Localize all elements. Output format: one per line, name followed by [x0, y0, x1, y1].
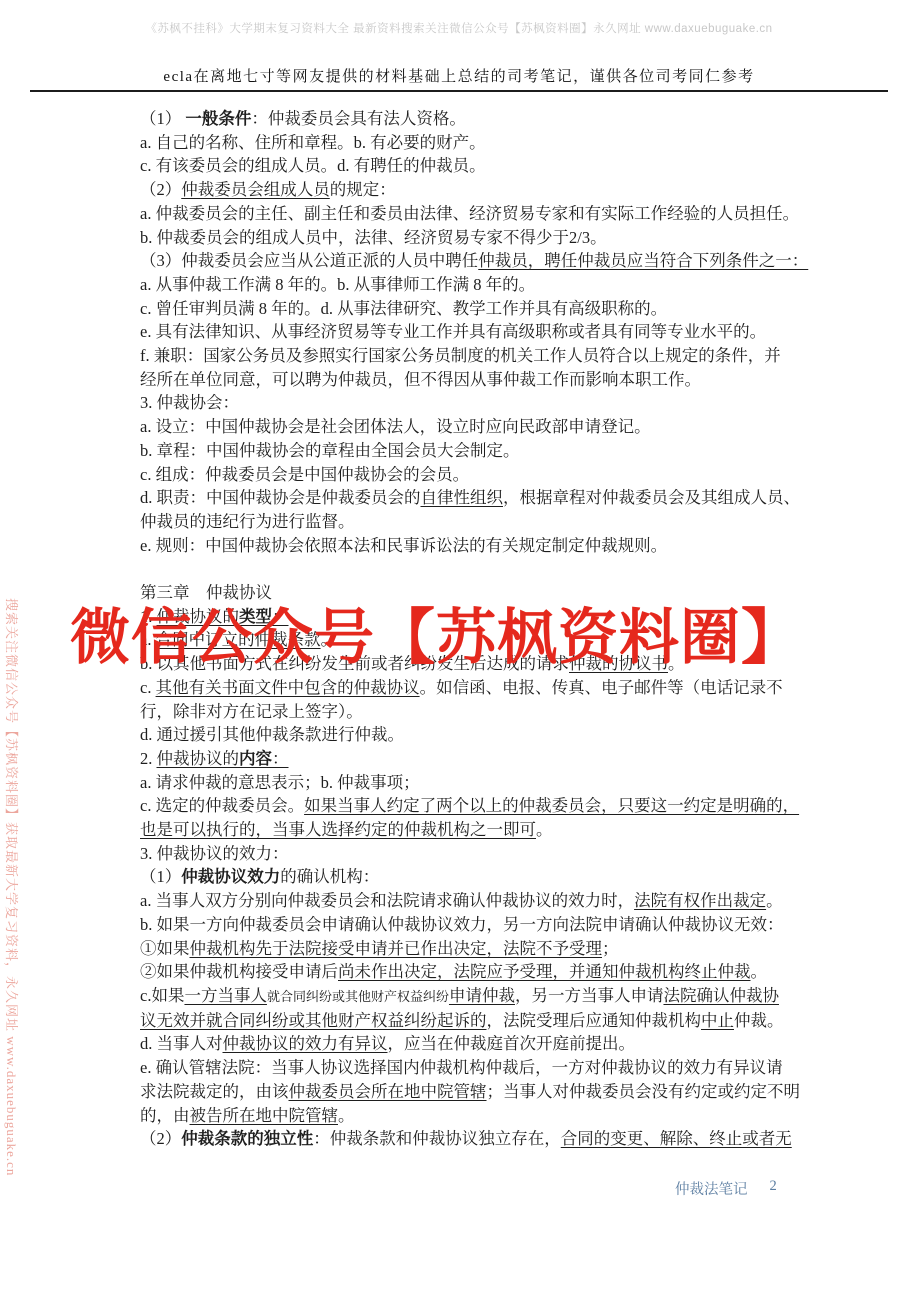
text-segment: d. 职责：中国仲裁协会是仲裁委员会的 [140, 488, 421, 507]
text-segment: （1） [140, 109, 185, 128]
text-segment: ；当事人对仲裁委员会没有约定或约定不明 [487, 1082, 801, 1101]
text-segment: c.如果 [140, 986, 184, 1005]
text-segment: 2. [140, 749, 157, 768]
text-segment: ：仲裁委员会具有法人资格。 [251, 109, 466, 128]
footer-doc-title: 仲裁法笔记 [675, 1178, 748, 1199]
text-segment: 就合同纠纷或其他财产权益纠纷 [267, 989, 449, 1004]
text-segment: 一般条件 [185, 109, 251, 128]
text-segment: 中止 [701, 1011, 734, 1030]
text-segment: 法院有权作出裁定 [634, 891, 766, 910]
text-segment: 仲裁协议的效力有异议 [223, 1034, 388, 1053]
text-segment: 经所在单位同意，可以聘为仲裁员，但不得因从事仲裁工作而影响本职工作。 [140, 370, 701, 389]
text-segment: 的，由 [140, 1106, 190, 1125]
text-segment: 一方当事人 [184, 986, 267, 1005]
page-footer: 仲裁法笔记 2 [675, 1178, 777, 1199]
text-line: 3. 仲裁协议的效力： [140, 842, 788, 866]
text-segment: c. [140, 678, 156, 697]
text-segment: e. 具有法律知识、从事经济贸易等专业工作并具有高级职称或者具有同等专业水平的。 [140, 322, 766, 341]
text-segment: 3. 仲裁协会： [140, 393, 239, 412]
text-line: 求法院裁定的，由该仲裁委员会所在地中院管辖；当事人对仲裁委员会没有约定或约定不明 [140, 1080, 788, 1104]
text-segment: 仲裁员，聘任仲裁员应当符合下列条件之一： [478, 251, 808, 270]
header-promo-note: 《苏枫不挂科》大学期末复习资料大全 最新资料搜索关注微信公众号【苏枫资料圈】永久… [0, 20, 918, 36]
text-segment: 的确认机构： [280, 867, 379, 886]
text-line: （2）仲裁条款的独立性：仲裁条款和仲裁协议独立存在，合同的变更、解除、终止或者无 [140, 1127, 788, 1151]
text-segment: 的规定： [330, 180, 396, 199]
text-segment: 。 [766, 891, 783, 910]
text-line: （1） 一般条件：仲裁委员会具有法人资格。 [140, 107, 788, 131]
side-vertical-note: 搜索关注微信公众号【苏枫资料圈】获取最新大学复习资料，永久网址 www.daxu… [3, 598, 22, 1176]
text-line: e. 确认管辖法院：当事人协议选择国内仲裁机构仲裁后，一方对仲裁协议的效力有异议… [140, 1056, 788, 1080]
text-segment: d. 当事人对 [140, 1034, 223, 1053]
text-line: 仲裁员的违纪行为进行监督。 [140, 510, 788, 534]
text-segment: b. 如果一方向仲裁委员会申请确认仲裁协议效力，另一方向法院申请确认仲裁协议无效… [140, 915, 784, 934]
text-line: b. 章程：中国仲裁协会的章程由全国会员大会制定。 [140, 439, 788, 463]
text-segment: 仲裁机构先于法院接受申请并已作出决定，法院不予受理 [190, 939, 603, 958]
text-line: ①如果仲裁机构先于法院接受申请并已作出决定，法院不予受理； [140, 937, 788, 961]
text-segment: ： [272, 749, 289, 768]
text-segment: （1） [140, 867, 181, 886]
text-segment: a. 从事仲裁工作满 8 年的。b. 从事律师工作满 8 年的。 [140, 275, 535, 294]
text-segment: ； [602, 939, 619, 958]
text-segment: 行，除非对方在记录上签字）。 [140, 702, 363, 721]
text-segment: 求法院裁定的，由该 [140, 1082, 289, 1101]
text-line: b. 仲裁委员会的组成人员中，法律、经济贸易专家不得少于2/3。 [140, 226, 788, 250]
text-line: c. 组成：仲裁委员会是中国仲裁协会的会员。 [140, 463, 788, 487]
text-line: 议无效并就合同纠纷或其他财产权益纠纷起诉的，法院受理后应通知仲裁机构中止仲裁。 [140, 1009, 788, 1033]
text-line: 2. 仲裁协议的内容： [140, 747, 788, 771]
text-segment: 内容 [239, 749, 272, 768]
text-line: a. 仲裁委员会的主任、副主任和委员由法律、经济贸易专家和有实际工作经验的人员担… [140, 202, 788, 226]
text-segment: ，法院受理后应通知仲裁机构 [487, 1011, 702, 1030]
text-segment: 仲裁员的违纪行为进行监督。 [140, 512, 355, 531]
text-line: a. 当事人双方分别向仲裁委员会和法院请求确认仲裁协议的效力时，法院有权作出裁定… [140, 889, 788, 913]
text-segment: ，应当在仲裁庭首次开庭前提出。 [388, 1034, 636, 1053]
text-segment: 也是可以执行的，当事人选择约定的仲裁机构之一即可 [140, 820, 536, 839]
text-segment: 如果当事人约定了两个以上的仲裁委员会，只要这一约定是明确的， [304, 796, 799, 815]
text-line: c. 其他有关书面文件中包含的仲裁协议。如信函、电报、传真、电子邮件等（电话记录… [140, 676, 788, 700]
text-segment: 。 [751, 962, 768, 981]
text-line: a. 从事仲裁工作满 8 年的。b. 从事律师工作满 8 年的。 [140, 273, 788, 297]
text-segment: （2） [140, 180, 181, 199]
text-segment: b. 仲裁委员会的组成人员中，法律、经济贸易专家不得少于2/3。 [140, 228, 607, 247]
watermark-text: 微信公众号【苏枫资料圈】 [70, 590, 802, 676]
text-segment: b. 章程：中国仲裁协会的章程由全国会员大会制定。 [140, 441, 520, 460]
text-line: 的，由被告所在地中院管辖。 [140, 1104, 788, 1128]
text-line: 3. 仲裁协会： [140, 391, 788, 415]
text-segment: 仲裁。 [734, 1011, 784, 1030]
text-segment: 。 [338, 1106, 355, 1125]
text-segment: 仲裁条款的独立性 [181, 1129, 313, 1148]
text-segment: （2） [140, 1129, 181, 1148]
document-subtitle: ecla在离地七寸等网友提供的材料基础上总结的司考笔记，谨供各位司考同仁参考 [163, 65, 754, 86]
text-segment: 申请仲裁 [449, 986, 515, 1005]
text-line: 经所在单位同意，可以聘为仲裁员，但不得因从事仲裁工作而影响本职工作。 [140, 368, 788, 392]
text-line: c. 有该委员会的组成人员。d. 有聘任的仲裁员。 [140, 154, 788, 178]
text-segment: 仲裁委员会组成人员 [181, 180, 330, 199]
text-segment: 仲裁协议的 [157, 749, 240, 768]
text-line: e. 具有法律知识、从事经济贸易等专业工作并具有高级职称或者具有同等专业水平的。 [140, 320, 788, 344]
text-line: 行，除非对方在记录上签字）。 [140, 700, 788, 724]
text-line: a. 自己的名称、住所和章程。b. 有必要的财产。 [140, 131, 788, 155]
text-segment: ①如果 [140, 939, 190, 958]
text-segment: a. 自己的名称、住所和章程。b. 有必要的财产。 [140, 133, 486, 152]
text-segment: ：仲裁条款和仲裁协议独立存在， [313, 1129, 561, 1148]
text-line: c.如果一方当事人就合同纠纷或其他财产权益纠纷申请仲裁，另一方当事人申请法院确认… [140, 984, 788, 1009]
text-segment: 仲裁协议效力 [181, 867, 280, 886]
text-segment: c. 选定的仲裁委员会。 [140, 796, 304, 815]
text-segment: c. 组成：仲裁委员会是中国仲裁协会的会员。 [140, 465, 469, 484]
text-segment: 自律性组织 [421, 488, 504, 507]
text-line: ②如果仲裁机构接受申请后尚未作出决定，法院应予受理，并通知仲裁机构终止仲裁。 [140, 960, 788, 984]
text-segment: a. 仲裁委员会的主任、副主任和委员由法律、经济贸易专家和有实际工作经验的人员担… [140, 204, 799, 223]
text-line: c. 曾任审判员满 8 年的。d. 从事法律研究、教学工作并具有高级职称的。 [140, 297, 788, 321]
text-segment: 。如信函、电报、传真、电子邮件等（电话记录不 [420, 678, 783, 697]
text-line: （1）仲裁协议效力的确认机构： [140, 865, 788, 889]
text-segment: 。 [536, 820, 553, 839]
text-segment: 仲裁委员会所在地中院管辖 [289, 1082, 487, 1101]
text-segment: 其他有关书面文件中包含的仲裁协议 [156, 678, 420, 697]
text-segment: 法院确认仲裁协 [663, 986, 779, 1005]
text-line: a. 设立：中国仲裁协会是社会团体法人，设立时应向民政部申请登记。 [140, 415, 788, 439]
subtitle-rule: ecla在离地七寸等网友提供的材料基础上总结的司考笔记，谨供各位司考同仁参考 [30, 55, 888, 92]
text-segment: 被告所在地中院管辖 [190, 1106, 339, 1125]
text-segment: c. 曾任审判员满 8 年的。d. 从事法律研究、教学工作并具有高级职称的。 [140, 299, 667, 318]
text-segment: ②如果仲裁机构接受申请后 [140, 962, 338, 981]
text-segment: ，根据章程对仲裁委员会及其组成人员、 [503, 488, 800, 507]
text-segment: e. 规则：中国仲裁协会依照本法和民事诉讼法的有关规定制定仲裁规则。 [140, 536, 667, 555]
text-segment: 议无效并就合同纠纷或其他财产权益纠纷起诉的 [140, 1011, 487, 1030]
footer-page-number: 2 [770, 1178, 777, 1199]
text-segment: a. 请求仲裁的意思表示；b. 仲裁事项； [140, 773, 420, 792]
text-segment: 尚未作出决定，法院应予受理，并通知仲裁机构终止仲裁 [338, 962, 751, 981]
text-segment: c. 有该委员会的组成人员。d. 有聘任的仲裁员。 [140, 156, 486, 175]
text-segment: 3. 仲裁协议的效力： [140, 844, 289, 863]
text-line: d. 通过援引其他仲裁条款进行仲裁。 [140, 723, 788, 747]
blank-line [140, 557, 788, 581]
text-line: c. 选定的仲裁委员会。如果当事人约定了两个以上的仲裁委员会，只要这一约定是明确… [140, 794, 788, 818]
text-segment: ，另一方当事人申请 [515, 986, 664, 1005]
text-line: b. 如果一方向仲裁委员会申请确认仲裁协议效力，另一方向法院申请确认仲裁协议无效… [140, 913, 788, 937]
text-line: e. 规则：中国仲裁协会依照本法和民事诉讼法的有关规定制定仲裁规则。 [140, 534, 788, 558]
text-line: a. 请求仲裁的意思表示；b. 仲裁事项； [140, 771, 788, 795]
text-segment: e. 确认管辖法院：当事人协议选择国内仲裁机构仲裁后，一方对仲裁协议的效力有异议… [140, 1058, 783, 1077]
text-line: f. 兼职：国家公务员及参照实行国家公务员制度的机关工作人员符合以上规定的条件，… [140, 344, 788, 368]
text-line: d. 职责：中国仲裁协会是仲裁委员会的自律性组织，根据章程对仲裁委员会及其组成人… [140, 486, 788, 510]
text-line: d. 当事人对仲裁协议的效力有异议，应当在仲裁庭首次开庭前提出。 [140, 1032, 788, 1056]
document-page: 《苏枫不挂科》大学期末复习资料大全 最新资料搜索关注微信公众号【苏枫资料圈】永久… [0, 0, 918, 1298]
text-line: 也是可以执行的，当事人选择约定的仲裁机构之一即可。 [140, 818, 788, 842]
text-segment: a. 当事人双方分别向仲裁委员会和法院请求确认仲裁协议的效力时， [140, 891, 634, 910]
text-line: （2）仲裁委员会组成人员的规定： [140, 178, 788, 202]
text-segment: （3）仲裁委员会应当从公道正派的人员中聘任 [140, 251, 478, 270]
text-line: （3）仲裁委员会应当从公道正派的人员中聘任仲裁员，聘任仲裁员应当符合下列条件之一… [140, 249, 788, 273]
text-segment: d. 通过援引其他仲裁条款进行仲裁。 [140, 725, 404, 744]
text-segment: f. 兼职：国家公务员及参照实行国家公务员制度的机关工作人员符合以上规定的条件，… [140, 346, 781, 365]
text-segment: 合同的变更、解除、终止或者无 [561, 1129, 792, 1148]
text-segment: a. 设立：中国仲裁协会是社会团体法人，设立时应向民政部申请登记。 [140, 417, 651, 436]
